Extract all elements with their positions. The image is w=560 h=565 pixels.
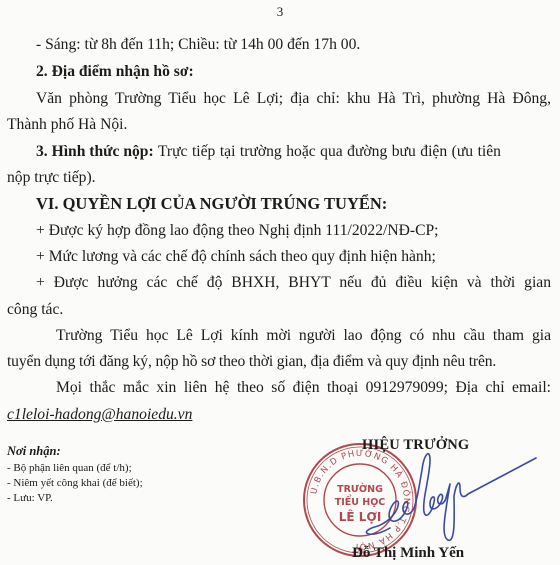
benefit-item: + Mức lương và các chế độ chính sách the…: [36, 249, 436, 265]
recipients-title: Nơi nhận:: [7, 444, 61, 459]
office-hours: - Sáng: từ 8h đến 11h; Chiều: từ 14h 00 …: [36, 37, 360, 53]
benefit-item: + Được hưởng các chế độ BHXH, BHYT nếu đ…: [36, 275, 551, 291]
section-3: 3. Hình thức nộp: Trực tiếp tại trường h…: [36, 144, 551, 160]
recipient-item: - Bộ phận liên quan (để t/h);: [7, 462, 132, 474]
section-3-label: 3. Hình thức nộp:: [36, 143, 154, 160]
benefit-item-cont: công tác.: [7, 302, 63, 318]
invitation-text-cont: tuyển dụng tới đăng ký, nộp hồ sơ theo t…: [7, 354, 496, 370]
section-3-text-cont: nộp trực tiếp).: [7, 170, 96, 186]
contact-email-link[interactable]: c1leloi-hadong@hanoiedu.vn: [7, 407, 192, 423]
section-2-address-cont: Thành phố Hà Nội.: [7, 117, 127, 133]
recipient-item: - Niêm yết công khai (để biết);: [7, 477, 143, 489]
page-number: 3: [0, 4, 560, 20]
document-page: 3 - Sáng: từ 8h đến 11h; Chiều: từ 14h 0…: [0, 0, 560, 565]
section-2-heading: 2. Địa điểm nhận hồ sơ:: [36, 64, 194, 80]
signer-name: Đỗ Thị Minh Yến: [352, 545, 464, 562]
recipient-item: - Lưu: VP.: [7, 492, 53, 504]
invitation-text: Trường Tiểu học Lê Lợi kính mời người la…: [56, 328, 551, 344]
handwritten-signature-icon: [360, 440, 540, 550]
benefit-item: + Được ký hợp đồng lao động theo Nghị đị…: [36, 223, 438, 239]
section-6-heading: VI. QUYỀN LỢI CỦA NGƯỜI TRÚNG TUYỂN:: [36, 196, 387, 213]
section-3-text: Trực tiếp tại trường hoặc qua đường bưu …: [154, 143, 501, 160]
contact-text: Mọi thắc mắc xin liên hệ theo số điện th…: [56, 380, 551, 396]
section-2-address: Văn phòng Trường Tiểu học Lê Lợi; địa ch…: [36, 91, 551, 107]
